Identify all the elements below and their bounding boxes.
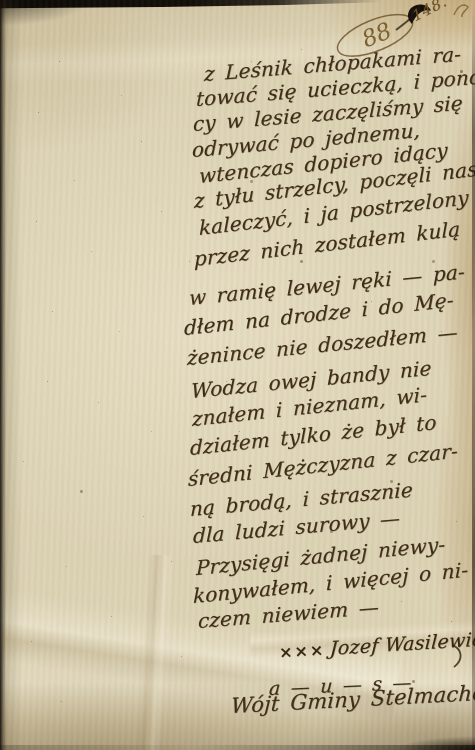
signature-cross-marks: ××× — [278, 640, 325, 662]
page-left-shadow — [4, 0, 22, 750]
corner-flourish-mark — [452, 1, 472, 19]
foxing-speckles — [0, 0, 1, 1]
signature-line: ×××Jozef Wasilewicz — [278, 628, 475, 663]
foxing-speckles — [0, 0, 1, 1]
corner-shadow-bottom-right — [395, 736, 475, 750]
manuscript-page: 88 148. z Leśnik chłopakami ra- tować si… — [0, 0, 475, 750]
corner-shadow-top-left — [0, 0, 90, 26]
page-edge-bottom — [0, 745, 475, 750]
photograph-frame: 88 148. z Leśnik chłopakami ra- tować si… — [0, 0, 475, 750]
signature-flourish — [448, 643, 470, 669]
paper-crease — [135, 554, 175, 750]
page-edge-left — [0, 0, 6, 750]
